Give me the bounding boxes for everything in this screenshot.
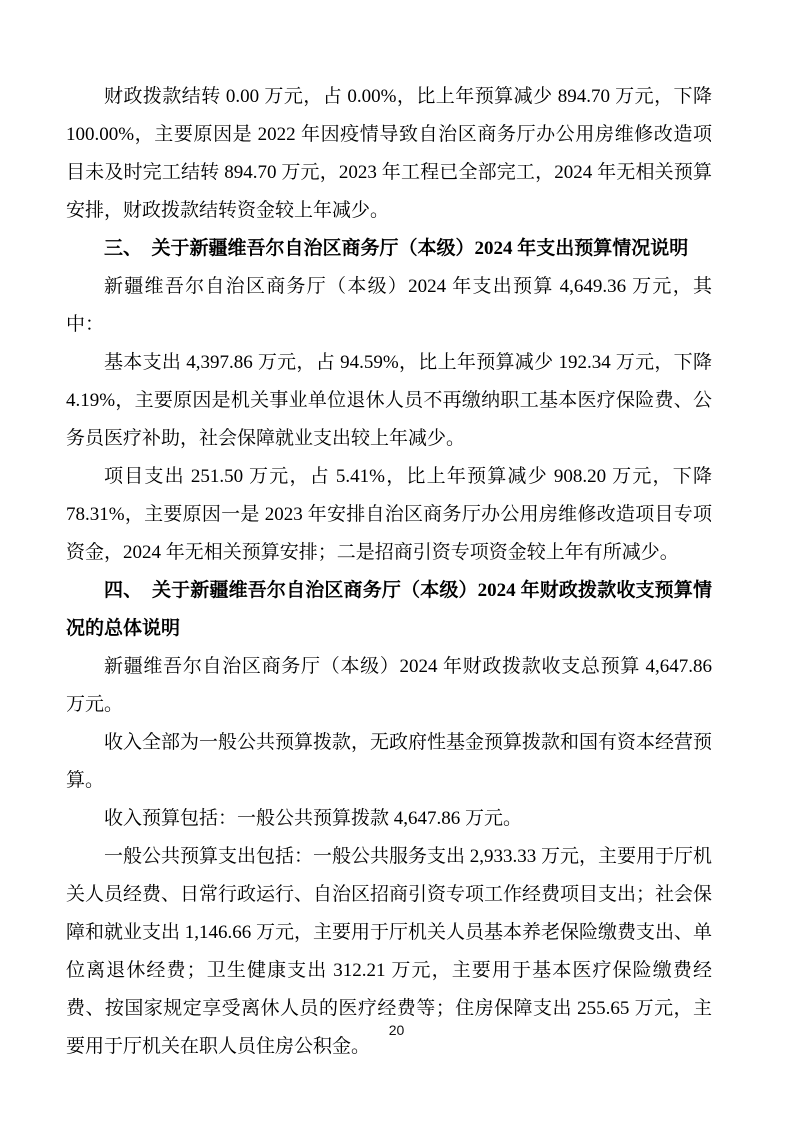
paragraph-income-budget-includes: 收入预算包括：一般公共预算拨款 4,647.86 万元。 [66,800,712,838]
paragraph-expenditure-total: 新疆维吾尔自治区商务厅（本级）2024 年支出预算 4,649.36 万元，其中… [66,268,712,344]
page-number: 20 [0,1022,793,1038]
paragraph-income-source: 收入全部为一般公共预算拨款，无政府性基金预算拨款和国有资本经营预算。 [66,724,712,800]
paragraph-basic-expenditure: 基本支出 4,397.86 万元，占 94.59%，比上年预算减少 192.34… [66,344,712,458]
paragraph-project-expenditure: 项目支出 251.50 万元，占 5.41%，比上年预算减少 908.20 万元… [66,458,712,572]
document-body: 财政拨款结转 0.00 万元，占 0.00%，比上年预算减少 894.70 万元… [66,78,712,1066]
paragraph-fiscal-total-budget: 新疆维吾尔自治区商务厅（本级）2024 年财政拨款收支总预算 4,647.86 … [66,648,712,724]
section-heading-4-fiscal-appropriation-overview: 四、 关于新疆维吾尔自治区商务厅（本级）2024 年财政拨款收支预算情况的总体说… [66,572,712,648]
document-page: 财政拨款结转 0.00 万元，占 0.00%，比上年预算减少 894.70 万元… [0,0,793,1122]
paragraph-fiscal-carryover: 财政拨款结转 0.00 万元，占 0.00%，比上年预算减少 894.70 万元… [66,78,712,230]
section-heading-3-expenditure-budget: 三、 关于新疆维吾尔自治区商务厅（本级）2024 年支出预算情况说明 [66,230,712,268]
